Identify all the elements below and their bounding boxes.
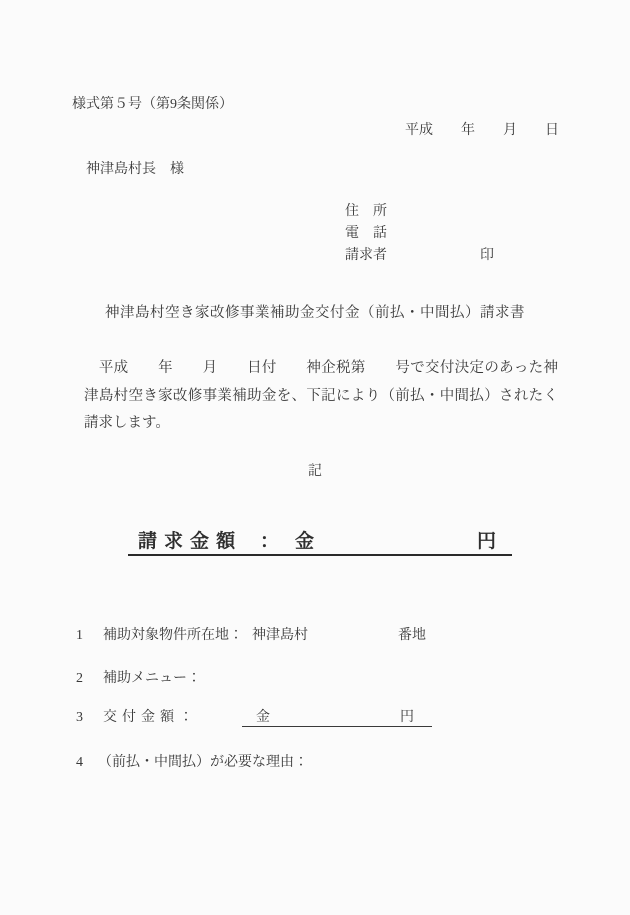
addressee: 神津島村長 様 bbox=[86, 158, 184, 178]
seal-mark: 印 bbox=[480, 244, 494, 264]
document-page: 様式第５号（第9条関係） 平成 年 月 日 神津島村長 様 住 所 電 話 請求… bbox=[0, 0, 630, 915]
claim-amount-line: 請求金額 ： 金 円 bbox=[128, 528, 512, 556]
item-label: 補助対象物件所在地： bbox=[103, 624, 243, 644]
item-row-grant-amount: 3 交付金額： 金 円 bbox=[76, 706, 556, 727]
item-number: 2 bbox=[76, 671, 84, 687]
item-row-reason: 4 （前払・中間払）が必要な理由： bbox=[76, 751, 556, 771]
item-label: （前払・中間払）が必要な理由： bbox=[98, 751, 308, 771]
item-number: 1 bbox=[76, 628, 84, 644]
body-paragraph: 平成 年 月 日付 神企税第 号で交付決定のあった神津島村空き家改修事業補助金を… bbox=[84, 355, 558, 438]
grant-currency-suffix: 円 bbox=[400, 706, 414, 726]
requester-phone-label: 電 話 bbox=[345, 222, 387, 242]
claim-amount-colon: ： bbox=[260, 530, 279, 554]
item-value-suffix: 番地 bbox=[398, 624, 426, 644]
record-heading: 記 bbox=[0, 460, 630, 480]
requester-address-label: 住 所 bbox=[345, 200, 387, 220]
requester-claimant-label: 請求者 bbox=[345, 244, 387, 264]
form-number: 様式第５号（第9条関係） bbox=[72, 93, 233, 113]
item-value-prefix: 神津島村 bbox=[252, 624, 308, 644]
item-number: 4 bbox=[76, 755, 84, 771]
item-label: 交付金額： bbox=[103, 706, 198, 726]
document-title: 神津島村空き家改修事業補助金交付金（前払・中間払）請求書 bbox=[0, 301, 630, 322]
item-number: 3 bbox=[76, 710, 84, 726]
grant-amount-blank: 金 円 bbox=[242, 706, 432, 727]
date-line: 平成 年 月 日 bbox=[405, 119, 559, 139]
claim-currency-suffix: 円 bbox=[477, 530, 496, 554]
item-row-property-location: 1 補助対象物件所在地： 神津島村 番地 bbox=[76, 624, 556, 644]
item-row-subsidy-menu: 2 補助メニュー： bbox=[76, 667, 556, 687]
claim-currency-prefix: 金 bbox=[295, 530, 314, 554]
item-label: 補助メニュー： bbox=[103, 667, 201, 687]
grant-currency-prefix: 金 bbox=[256, 706, 270, 726]
claim-amount-label: 請求金額 bbox=[138, 530, 242, 554]
